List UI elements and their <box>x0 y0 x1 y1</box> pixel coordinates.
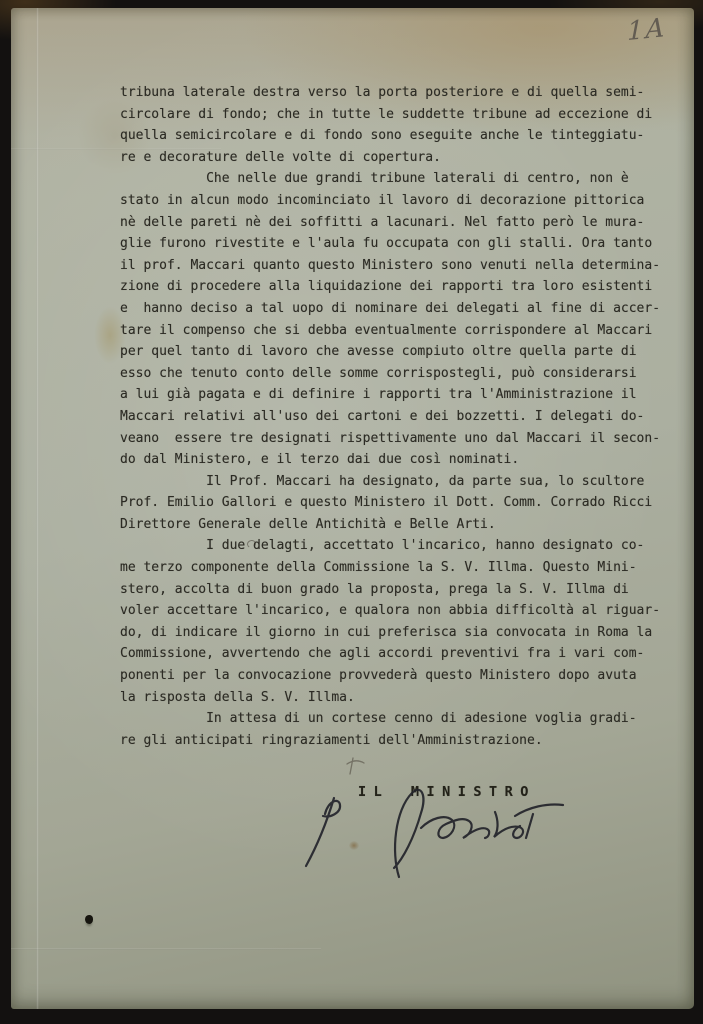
typewritten-body-text: tribuna laterale destra verso la porta p… <box>120 82 685 751</box>
document-page: 1A tribuna laterale destra verso la port… <box>11 8 694 1009</box>
signature-middle-scribble <box>421 817 489 838</box>
fold-crease-vertical <box>36 8 39 1009</box>
scan-backdrop: 1A tribuna laterale destra verso la port… <box>0 0 703 1024</box>
signature-lead-loop <box>394 790 423 877</box>
ink-blot-dot <box>85 915 93 924</box>
proxy-p-mark <box>306 798 340 866</box>
minister-signature-ink <box>295 780 587 890</box>
fold-crease-horizontal-bottom <box>11 948 321 950</box>
signature-flourish <box>515 804 563 816</box>
pencil-mark <box>339 754 373 780</box>
signature-end-scribble <box>494 812 533 838</box>
archival-page-annotation: 1A <box>627 11 687 62</box>
